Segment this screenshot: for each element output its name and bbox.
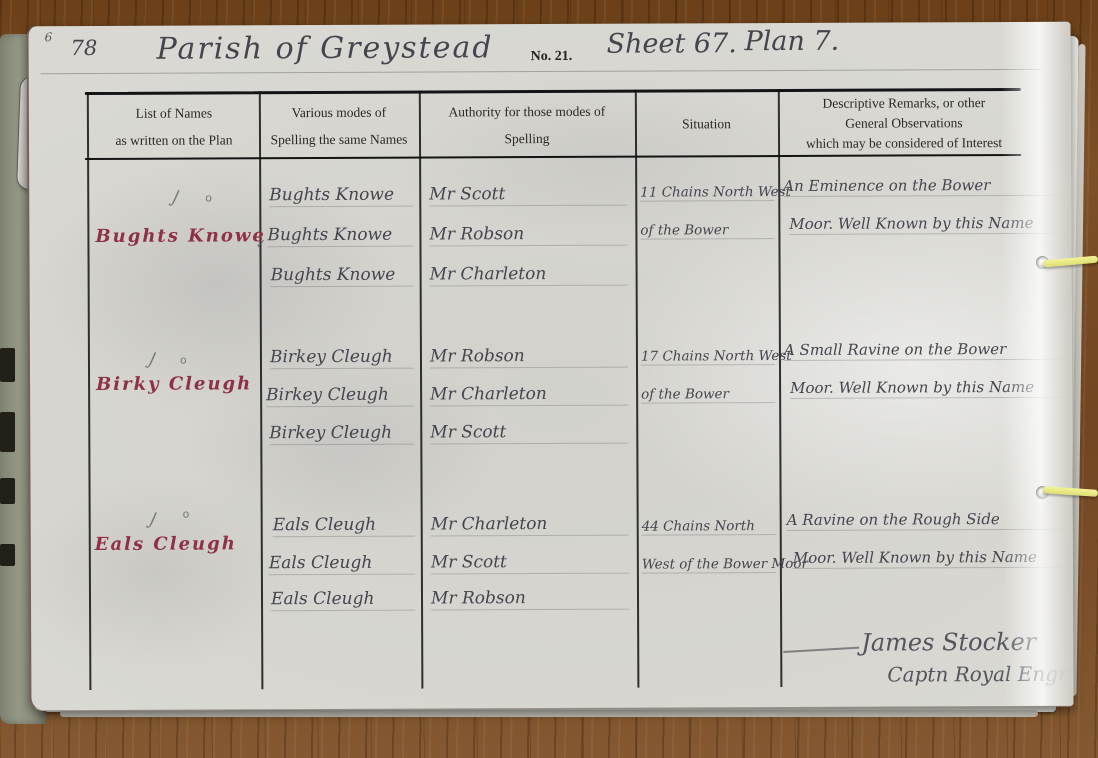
- header-line: List of Names: [136, 99, 213, 126]
- column-divider: [87, 92, 92, 690]
- column-divider: [778, 89, 783, 687]
- header-line: which may be considered of Interest: [806, 133, 1002, 154]
- signature-name: James Stocker: [861, 628, 1036, 657]
- photo-of-name-book-page: 6 78 Parish of Greystead No. 21. Sheet 6…: [0, 0, 1098, 758]
- column-divider: [635, 90, 640, 688]
- page-stack-edge: [60, 710, 1038, 717]
- pencil-annotation-mark: o: [183, 508, 190, 521]
- pencil-annotation-mark: ⌡: [168, 189, 182, 209]
- header-line: Authority for those modes of: [448, 98, 605, 126]
- authority-entry: Mr Charleton: [430, 386, 628, 407]
- parish-title: Parish of Greystead: [157, 30, 494, 66]
- situation-line: 17 Chains North West: [641, 349, 775, 366]
- spelling-entry: Birkey Cleugh: [269, 425, 414, 445]
- pencil-annotation-mark: o: [180, 354, 187, 367]
- binding-tab: [0, 348, 15, 382]
- name-book-page: 6 78 Parish of Greystead No. 21. Sheet 6…: [27, 22, 1074, 712]
- page-number: 78: [71, 36, 98, 60]
- column-header-remarks: Descriptive Remarks, or other General Ob…: [780, 92, 1028, 155]
- header-line: General Observations: [845, 113, 962, 134]
- remarks-line: An Eminence on the Bower: [783, 178, 1071, 197]
- column-divider: [419, 91, 424, 689]
- spelling-entry: Bughts Knowe: [267, 227, 413, 247]
- header-line: Various modes of: [292, 99, 387, 126]
- column-divider: [259, 91, 264, 689]
- column-header-names: List of Names as written on the Plan: [91, 97, 257, 156]
- authority-entry: Mr Charleton: [430, 266, 628, 287]
- spelling-entry: Birkey Cleugh: [270, 349, 414, 369]
- signature-dash: [783, 647, 859, 653]
- sheet-number: Sheet 67.: [607, 28, 737, 60]
- column-header-situation: Situation: [637, 95, 776, 154]
- plan-name: Eals Cleugh: [95, 533, 237, 555]
- spelling-entry: Bughts Knowe: [271, 267, 414, 287]
- authority-entry: Mr Robson: [429, 226, 627, 247]
- remarks-line: Moor. Well Known by this Name: [789, 216, 1071, 235]
- pencil-annotation-mark: ⌡: [145, 511, 159, 531]
- authority-entry: Mr Charleton: [431, 516, 629, 537]
- situation-line: of the Bower: [640, 223, 774, 240]
- remarks-line: A Small Ravine on the Bower: [784, 342, 1072, 361]
- situation-line: of the Bower: [641, 387, 775, 404]
- authority-entry: Mr Scott: [430, 424, 628, 445]
- pencil-annotation-mark: o: [205, 191, 212, 204]
- remarks-line: A Ravine on the Rough Side: [787, 512, 1073, 531]
- remarks-line: Moor. Well Known by this Name: [793, 550, 1073, 569]
- situation-line: 11 Chains North West: [640, 185, 774, 202]
- corner-mark: 6: [45, 30, 53, 44]
- remarks-line: Moor. Well Known by this Name: [790, 380, 1072, 399]
- title-underline: [41, 69, 1041, 74]
- authority-entry: Mr Scott: [429, 186, 627, 207]
- binding-tab: [0, 544, 15, 566]
- binding-tab: [0, 412, 15, 452]
- binding-tab: [0, 478, 15, 504]
- sheet-no-label: No. 21.: [531, 49, 573, 65]
- column-header-spelling-modes: Various modes of Spelling the same Names: [261, 97, 417, 156]
- spelling-entry: Birkey Cleugh: [266, 387, 414, 407]
- spelling-entry: Eals Cleugh: [271, 591, 415, 611]
- situation-line: 44 Chains North: [642, 519, 776, 536]
- column-header-authority: Authority for those modes of Spelling: [421, 96, 633, 155]
- situation-line: West of the Bower Moor: [642, 557, 776, 574]
- spelling-entry: Eals Cleugh: [273, 517, 415, 537]
- authority-entry: Mr Robson: [431, 590, 629, 611]
- header-line: Descriptive Remarks, or other: [822, 93, 985, 114]
- plan-number: Plan 7.: [745, 26, 840, 57]
- pencil-annotation-mark: ⌡: [145, 351, 159, 371]
- signature-rank: Captn Royal Engr: [887, 662, 1067, 687]
- plan-name: Bughts Knowe: [95, 225, 265, 247]
- header-line: Spelling the same Names: [271, 126, 408, 154]
- authority-entry: Mr Robson: [430, 348, 628, 369]
- header-line: Situation: [682, 116, 731, 132]
- authority-entry: Mr Scott: [431, 554, 629, 575]
- header-line: as written on the Plan: [115, 126, 232, 154]
- spelling-entry: Eals Cleugh: [269, 555, 415, 575]
- header-line: Spelling: [504, 125, 549, 152]
- plan-name: Birky Cleugh: [96, 373, 252, 395]
- spelling-entry: Bughts Knowe: [269, 187, 413, 207]
